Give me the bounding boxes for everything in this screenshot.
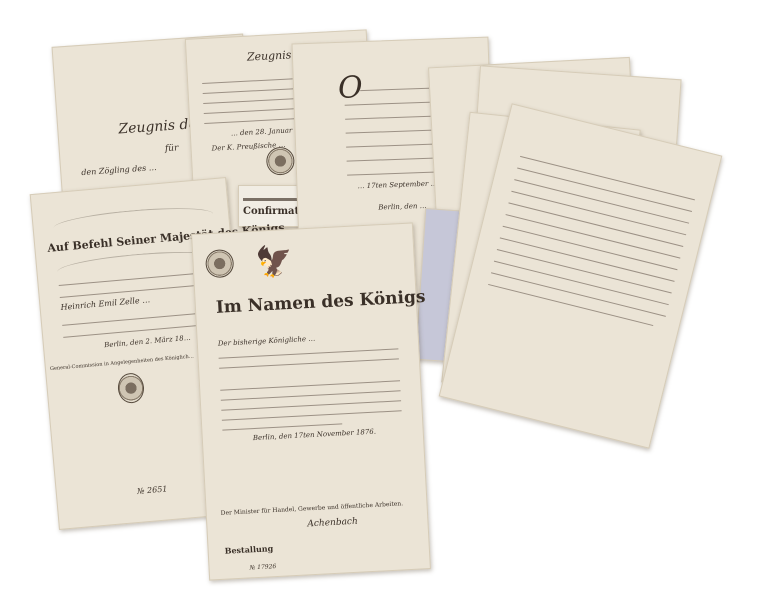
text-line xyxy=(520,156,695,201)
text-line xyxy=(506,214,681,259)
auf-befehl-name: Heinrich Emil Zelle … xyxy=(60,295,150,312)
im-namen-heading: Im Namen des Königs xyxy=(215,287,425,318)
text-line xyxy=(222,410,402,420)
text-line xyxy=(491,272,666,317)
text-line xyxy=(508,202,683,247)
text-line xyxy=(517,168,692,213)
zeugnis-line-1: für xyxy=(165,143,179,154)
im-namen-footer-number: № 17926 xyxy=(249,563,276,571)
text-line xyxy=(514,179,689,224)
text-line xyxy=(488,284,653,326)
im-namen-date: Berlin, den 17ten November 1876. xyxy=(253,428,377,442)
text-line xyxy=(494,261,669,306)
letter-center-initial: O xyxy=(337,70,363,106)
im-namen-footer-title: Bestallung xyxy=(224,543,273,556)
auf-befehl-date: Berlin, den 2. März 18… xyxy=(104,334,191,350)
im-namen-ministry: Der Minister für Handel, Gewerbe und öff… xyxy=(221,500,404,517)
zeugnis-letter-date: … den 28. Januar xyxy=(231,126,293,137)
letter-center-place: Berlin, den … xyxy=(378,202,427,212)
im-namen-signature: Achenbach xyxy=(307,517,358,530)
zeugnis-letter-heading: Zeugnis. xyxy=(247,48,296,63)
document-im-namen: 🦅 Im Namen des Königs Der bisherige Köni… xyxy=(191,222,431,580)
auf-befehl-number: № 2651 xyxy=(137,484,168,496)
text-line xyxy=(511,191,686,236)
text-line xyxy=(220,380,400,390)
text-line xyxy=(221,390,401,400)
text-line xyxy=(219,348,399,358)
text-line xyxy=(219,358,399,368)
text-line xyxy=(497,249,672,294)
text-line xyxy=(221,400,401,410)
text-line xyxy=(503,226,678,271)
prussian-eagle-seal-icon xyxy=(266,146,295,175)
im-namen-body-1: Der bisherige Königliche … xyxy=(218,335,316,348)
zeugnis-line-2: den Zögling des … xyxy=(81,163,157,177)
prussian-eagle-seal-icon xyxy=(117,372,146,404)
text-line xyxy=(500,237,675,282)
prussian-eagle-seal-icon xyxy=(205,249,234,278)
letter-center-date-line: … 17ten September … xyxy=(357,180,437,191)
prussian-eagle-icon: 🦅 xyxy=(255,244,294,281)
auf-befehl-authority: General-Commission in Angelegenheiten de… xyxy=(50,354,194,373)
